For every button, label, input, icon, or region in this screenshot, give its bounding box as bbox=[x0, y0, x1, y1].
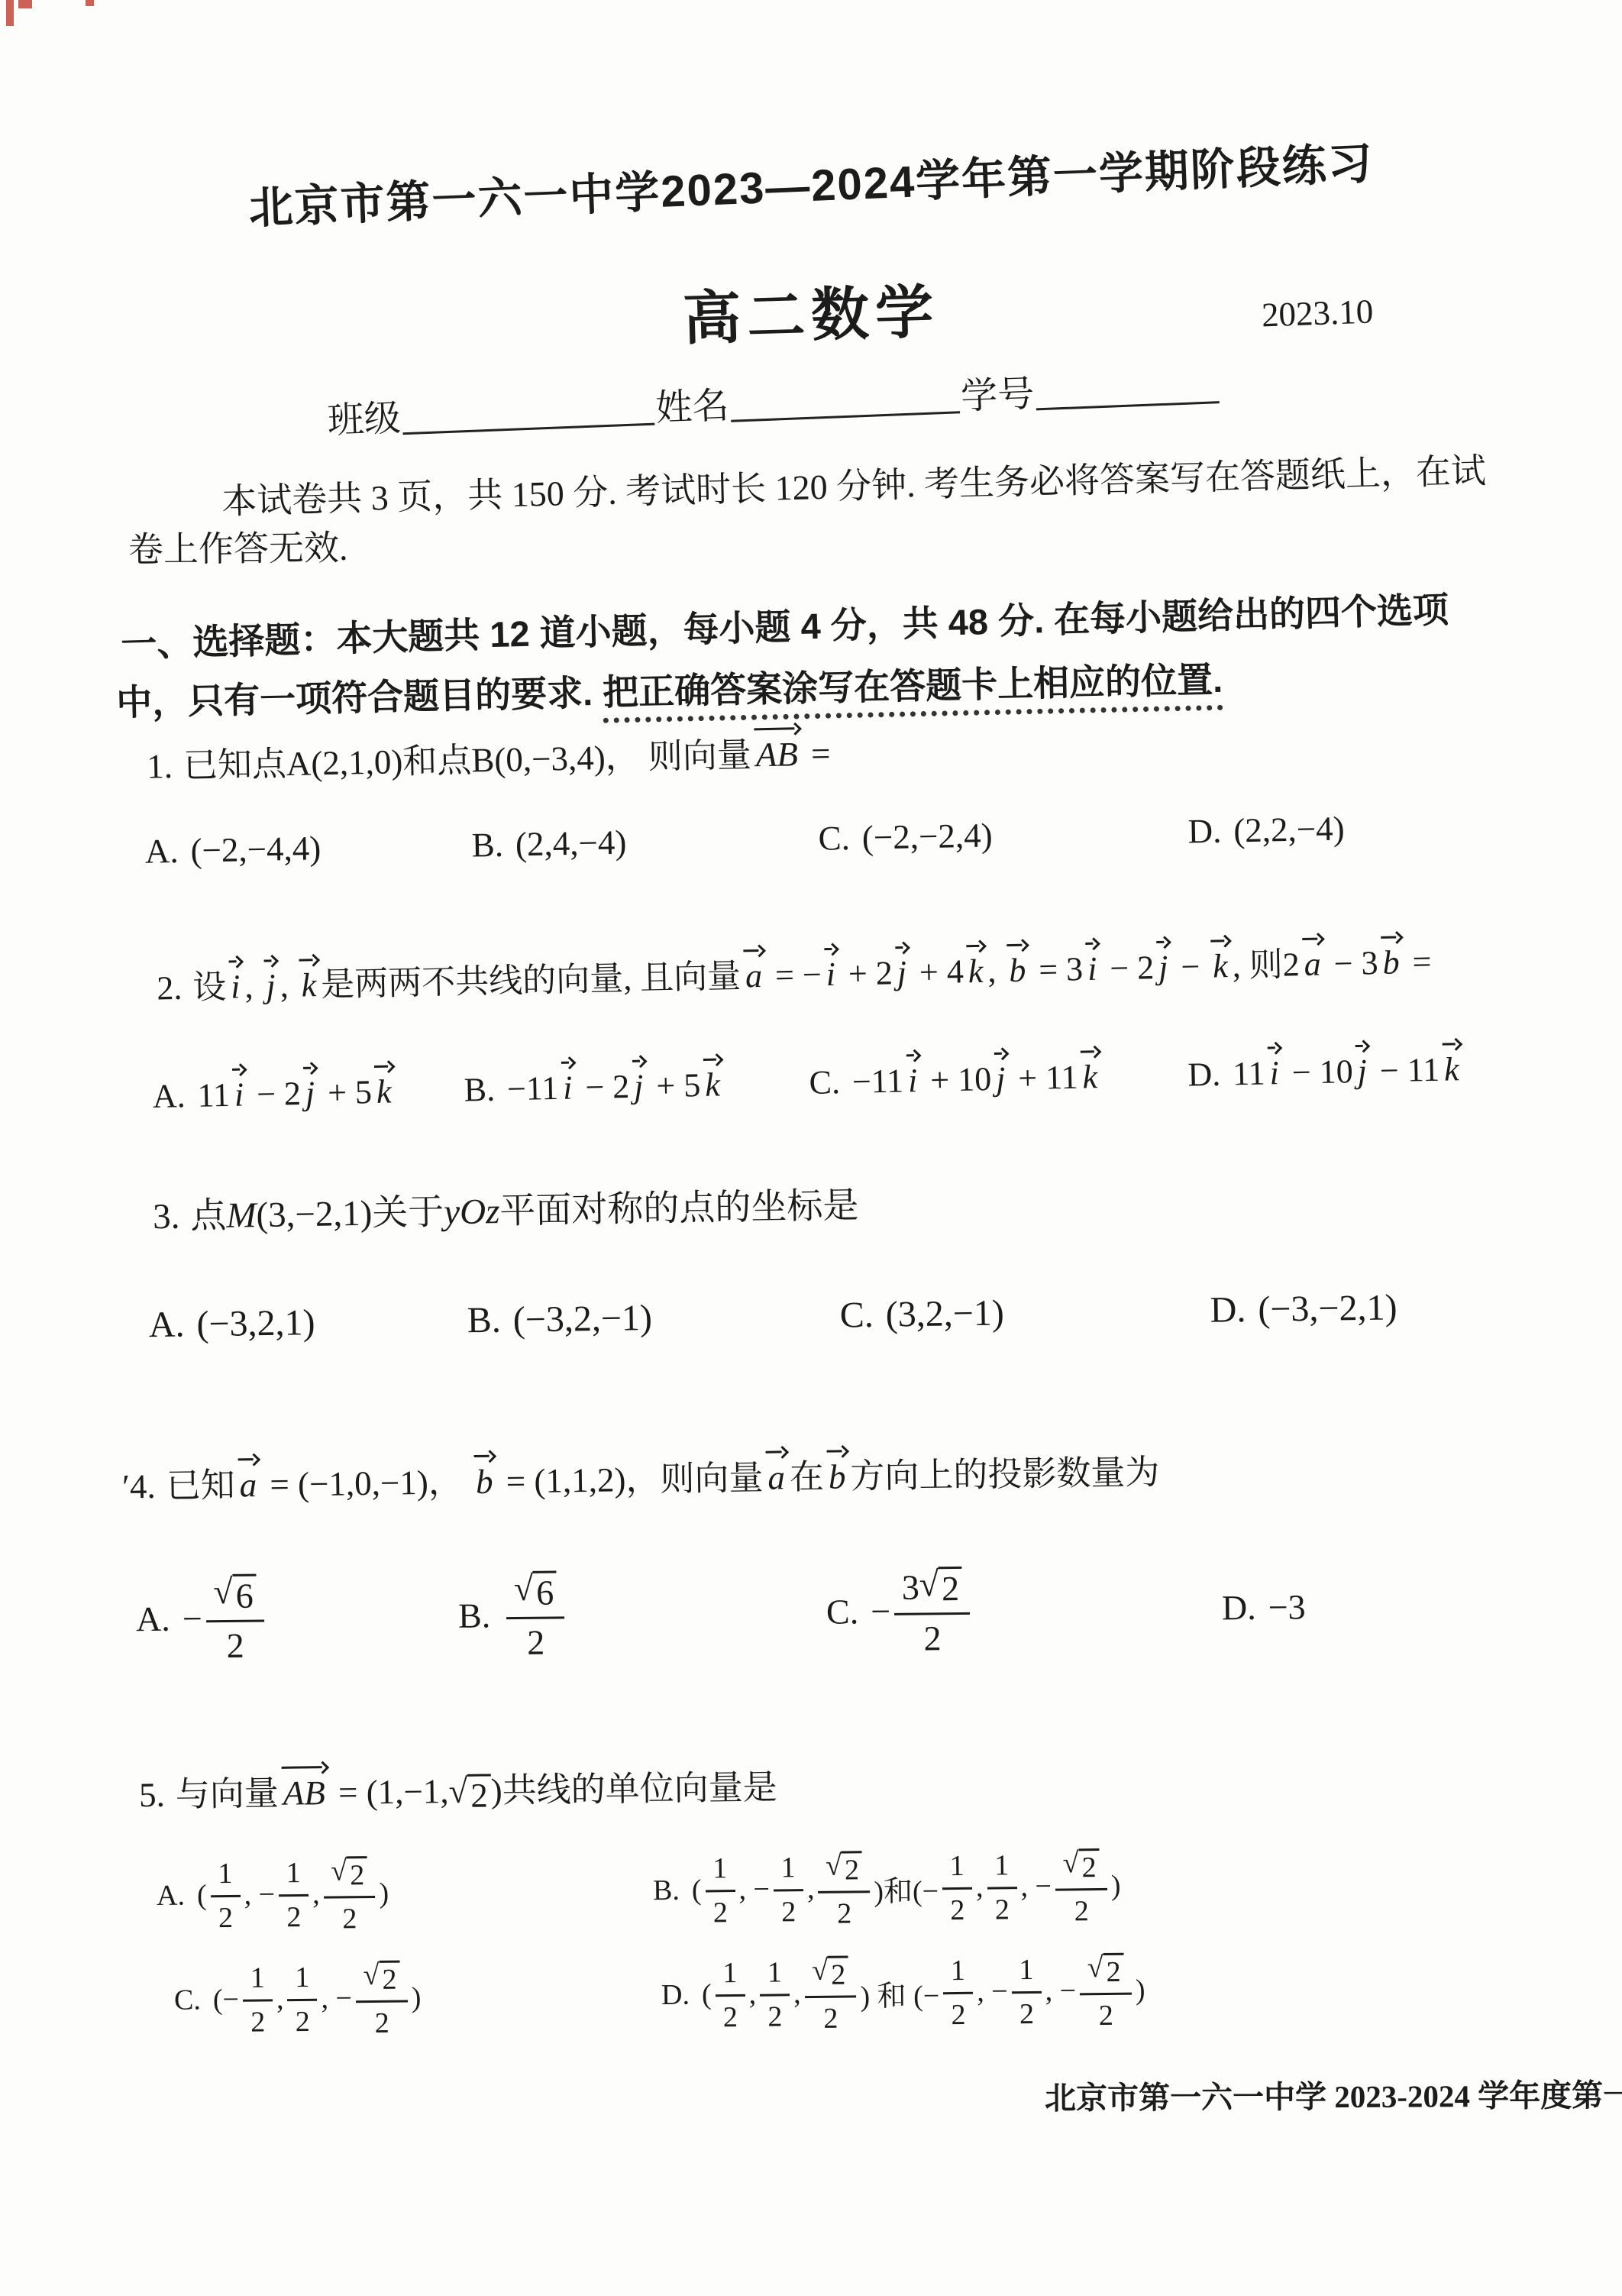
option-value: (12, −12, √22)和(−12, 12, −√22) bbox=[691, 1846, 1121, 1929]
option-label: C. bbox=[826, 1591, 859, 1631]
exam-page: 北京市第一六一中学2023—2024学年第一学期阶段练习 高二数学 2023.1… bbox=[0, 0, 1622, 2296]
option-label: A. bbox=[152, 1076, 186, 1116]
question-5-options-row-2: C.(−12, 12, −√22) D.(12, 12, √22) 和 (−12… bbox=[0, 1935, 1622, 2052]
option-value: −11i + 10j + 11k bbox=[851, 1057, 1102, 1101]
option-label: D. bbox=[1187, 1055, 1221, 1095]
id-blank-line bbox=[1035, 366, 1220, 410]
option-label: C. bbox=[839, 1294, 874, 1337]
option-b: B.(12, −12, √22)和(−12, 12, −√22) bbox=[652, 1836, 1121, 1940]
notice-line-2: 卷上作答无效. bbox=[128, 520, 348, 573]
option-d: D.−3 bbox=[1221, 1541, 1306, 1672]
option-value: −3 bbox=[1268, 1586, 1306, 1628]
question-text: 点M(3,−2,1)关于yOz平面对称的点的坐标是 bbox=[190, 1186, 859, 1237]
option-d: D.(−3,−2,1) bbox=[1210, 1286, 1397, 1331]
question-text: 已知点A(2,1,0)和点B(0,−3,4)， 则向量AB = bbox=[183, 734, 831, 784]
question-1-stem: 1.已知点A(2,1,0)和点B(0,−3,4)， 则向量AB = bbox=[146, 725, 831, 787]
option-b: B.(2,4,−4) bbox=[471, 823, 627, 865]
option-d: D.(12, 12, √22) 和 (−12, −12, −√22) bbox=[661, 1940, 1145, 2045]
option-value: (12, −12, √22) bbox=[196, 1854, 389, 1935]
section-heading-line-1: 一、选择题：本大题共 12 道小题，每小题 4 分，共 48 分. 在每小题给出… bbox=[120, 581, 1449, 668]
student-info-row: 班级姓名学号 bbox=[326, 357, 1221, 444]
question-text: 设i, j, k是两两不共线的向量, 且向量a = −i + 2j + 4k, … bbox=[192, 943, 1432, 1007]
option-value: (−3,2,−1) bbox=[512, 1297, 652, 1341]
name-label: 姓名 bbox=[655, 386, 730, 429]
class-label: 班级 bbox=[327, 398, 402, 441]
option-value: (−3,2,1) bbox=[196, 1302, 315, 1345]
option-label: B. bbox=[464, 1070, 495, 1110]
page-footer: 北京市第一六一中学 2023-2024 学年度第一学 bbox=[1045, 2070, 1622, 2118]
option-label: B. bbox=[471, 825, 503, 865]
option-label: D. bbox=[1187, 811, 1222, 852]
option-label: C. bbox=[174, 1983, 201, 2016]
option-d: D.11i − 10j − 11k bbox=[1187, 1049, 1464, 1095]
question-3-stem: 3.点M(3,−2,1)关于yOz平面对称的点的坐标是 bbox=[153, 1177, 859, 1240]
option-c: C.(−12, 12, −√22) bbox=[173, 1948, 422, 2049]
option-a: A.(−2,−4,4) bbox=[144, 828, 321, 871]
option-d: D.(2,2,−4) bbox=[1187, 809, 1345, 852]
notice-line-1: 本试卷共 3 页，共 150 分. 考试时长 120 分钟. 考生务必将答案写在… bbox=[221, 443, 1486, 524]
option-label: A. bbox=[157, 1879, 185, 1913]
option-c: C.−3√22 bbox=[826, 1545, 974, 1677]
question-5-stem: 5.与向量AB = (1,−1,√2)共线的单位向量是 bbox=[139, 1759, 777, 1817]
page-title: 北京市第一六一中学2023—2024学年第一学期阶段练习 bbox=[0, 117, 1622, 246]
scan-mark bbox=[18, 0, 32, 8]
option-a: A.11i − 2j + 5k bbox=[152, 1072, 396, 1116]
question-3-options: A.(−3,2,1) B.(−3,2,−1) C.(3,2,−1) D.(−3,… bbox=[0, 1283, 1622, 1375]
option-b: B.√62 bbox=[457, 1549, 569, 1680]
option-value: 11i − 10j − 11k bbox=[1233, 1049, 1464, 1093]
option-label: D. bbox=[661, 1978, 690, 2012]
option-b: B.(−3,2,−1) bbox=[467, 1297, 652, 1341]
question-text: 与向量AB = (1,−1,√2)共线的单位向量是 bbox=[176, 1768, 778, 1814]
question-text: 已知a = (−1,0,−1)， b = (1,1,2)，则向量a在b方向上的投… bbox=[166, 1454, 1159, 1505]
option-b: B.−11i − 2j + 5k bbox=[464, 1065, 725, 1109]
section-heading-text: 中，只有一项符合题目的要求. bbox=[116, 672, 603, 723]
question-number: 2. bbox=[157, 969, 183, 1007]
option-value: (2,4,−4) bbox=[515, 823, 626, 865]
question-number: ′4. bbox=[122, 1467, 156, 1506]
option-value: (−3,−2,1) bbox=[1258, 1286, 1397, 1331]
option-label: A. bbox=[148, 1303, 184, 1346]
option-value: 11i − 2j + 5k bbox=[197, 1072, 396, 1114]
option-label: C. bbox=[818, 818, 850, 859]
option-a: A.(−3,2,1) bbox=[148, 1302, 315, 1346]
scan-mark bbox=[86, 0, 94, 6]
option-c: C.(−2,−2,4) bbox=[818, 815, 993, 858]
id-label: 学号 bbox=[960, 374, 1035, 417]
question-1-options: A.(−2,−4,4) B.(2,4,−4) C.(−2,−2,4) D.(2,… bbox=[0, 804, 1622, 904]
exam-date: 2023.10 bbox=[1261, 291, 1374, 335]
subject-title: 高二数学 bbox=[0, 246, 1622, 374]
option-label: D. bbox=[1210, 1289, 1246, 1331]
option-value: −3√22 bbox=[871, 1564, 974, 1656]
question-number: 3. bbox=[153, 1197, 180, 1237]
question-number: 5. bbox=[139, 1776, 165, 1814]
question-5-options-row-1: A.(12, −12, √22) B.(12, −12, √22)和(−12, … bbox=[0, 1831, 1622, 1947]
class-blank-line bbox=[402, 388, 655, 435]
section-heading-emphasis: 把正确答案涂写在答题卡上相应的位置. bbox=[603, 659, 1223, 723]
option-value: (3,2,−1) bbox=[885, 1292, 1004, 1335]
option-label: B. bbox=[653, 1874, 680, 1907]
option-value: √62 bbox=[502, 1569, 569, 1661]
option-label: A. bbox=[136, 1598, 170, 1638]
option-value: (2,2,−4) bbox=[1233, 809, 1345, 851]
question-4-options: A.−√62 B.√62 C.−3√22 D.−3 bbox=[0, 1538, 1622, 1685]
option-value: (−12, 12, −√22) bbox=[212, 1958, 422, 2039]
scan-mark bbox=[6, 0, 14, 26]
question-2-options: A.11i − 2j + 5k B.−11i − 2j + 5k C.−11i … bbox=[0, 1046, 1622, 1149]
question-number: 1. bbox=[147, 747, 173, 786]
option-value: −11i − 2j + 5k bbox=[507, 1065, 725, 1108]
option-a: A.−√62 bbox=[135, 1552, 269, 1683]
option-label: B. bbox=[458, 1595, 491, 1635]
option-label: C. bbox=[809, 1062, 840, 1102]
question-4-stem: ′4.已知a = (−1,0,−1)， b = (1,1,2)，则向量a在b方向… bbox=[122, 1444, 1160, 1509]
option-value: −√62 bbox=[182, 1572, 268, 1664]
option-value: (−2,−4,4) bbox=[190, 828, 321, 870]
name-blank-line bbox=[729, 376, 960, 422]
question-2-stem: 2.设i, j, k是两两不共线的向量, 且向量a = −i + 2j + 4k… bbox=[157, 934, 1432, 1010]
option-label: B. bbox=[467, 1299, 501, 1342]
option-value: (12, 12, √22) 和 (−12, −12, −√22) bbox=[701, 1951, 1145, 2034]
option-label: D. bbox=[1222, 1586, 1256, 1627]
option-c: C.(3,2,−1) bbox=[839, 1292, 1004, 1336]
option-a: A.(12, −12, √22) bbox=[156, 1844, 389, 1945]
option-label: A. bbox=[144, 831, 179, 872]
option-c: C.−11i + 10j + 11k bbox=[809, 1057, 1103, 1102]
option-value: (−2,−2,4) bbox=[861, 815, 993, 857]
